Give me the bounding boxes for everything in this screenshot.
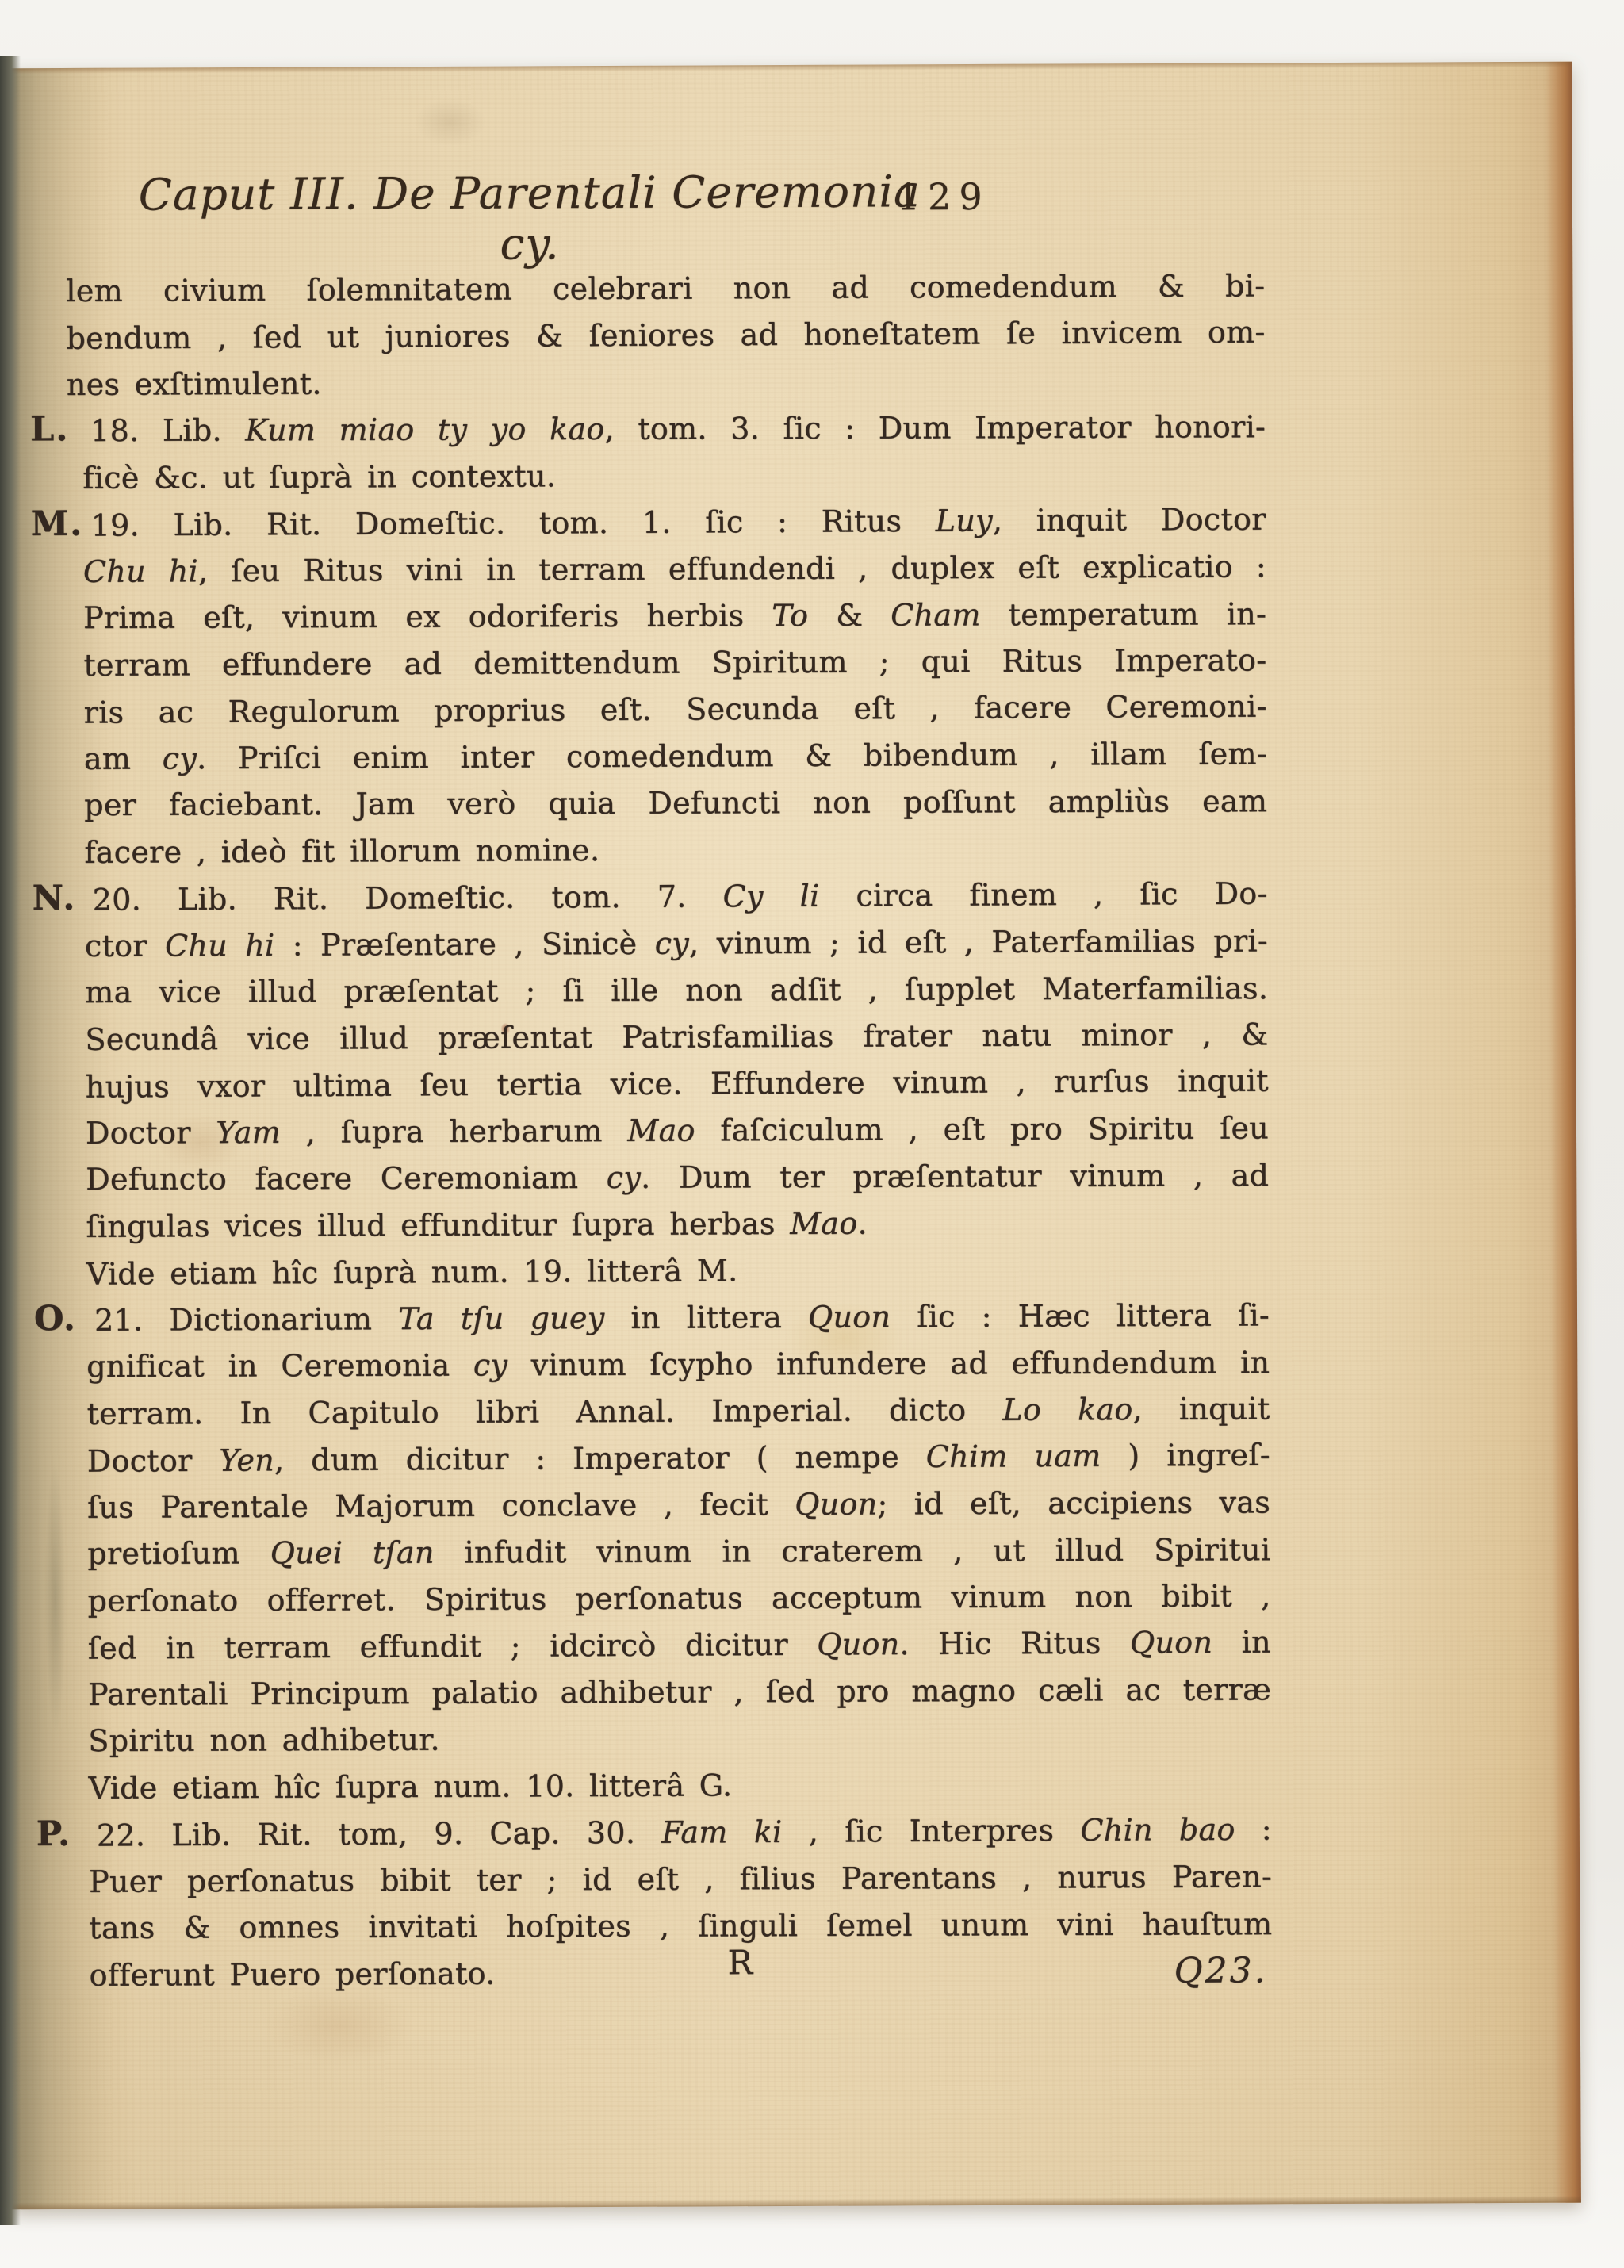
text-segment: , ſupra herbarum (281, 1113, 627, 1150)
text-segment: hujus vxor ultima ſeu tertia vice. Effun… (86, 1063, 1269, 1105)
italic-term: Luy (936, 503, 993, 538)
margin-letter: L. (30, 406, 69, 453)
text-segment: Defuncto facere Ceremoniam (86, 1160, 607, 1197)
text-segment: ſingulas vices illud effunditur ſupra he… (86, 1206, 790, 1244)
italic-term: Mao (790, 1206, 858, 1241)
text-segment: gnificat in Ceremonia (86, 1347, 473, 1384)
italic-term: cy (163, 741, 197, 776)
italic-term: Quei tſan (270, 1535, 435, 1571)
italic-term: Chim uam (926, 1439, 1101, 1474)
text-segment: ſus Parentale Majorum conclave , fecit (87, 1487, 795, 1525)
text-line: per faciebant. Jam verò quia Defuncti no… (68, 778, 1267, 829)
text-segment: : Præſentare , Sinicè (274, 926, 654, 963)
text-line: Chu hi, ſeu Ritus vini in terram effunde… (67, 543, 1266, 596)
text-segment: Parentali Principum palatio adhibetur , … (88, 1672, 1271, 1712)
body-text: lem civium ſolemnitatem celebrari non ad… (66, 262, 1273, 1999)
italic-term: Yen (219, 1442, 274, 1477)
paper-stain (414, 98, 485, 146)
text-line: offerunt Puero perſonato. (73, 1947, 1272, 1999)
text-segment: lem civium ſolemnitatem celebrari non ad… (66, 268, 1265, 308)
italic-term: Quon (795, 1487, 877, 1522)
text-segment: bendum , ſed ut juniores & ſeniores ad h… (66, 315, 1265, 356)
italic-term: Yam (216, 1115, 281, 1150)
text-segment: facere , ideò fit illorum nomine. (84, 833, 599, 870)
book-page: Caput III. De Parentali Ceremonia cy. 12… (2, 62, 1581, 2210)
text-line: L.18. Lib. Kum miao ty yo kao, tom. 3. ſ… (67, 404, 1266, 454)
text-line: Puer perſonatus bibit ter ; id eſt , fil… (73, 1853, 1272, 1906)
text-line: ſus Parentale Majorum conclave , fecit Q… (71, 1479, 1270, 1531)
text-segment: ; id eſt, accipiens vas (877, 1485, 1270, 1521)
text-line: Spiritu non adhibetur. (72, 1714, 1271, 1764)
italic-term: Chin bao (1080, 1812, 1235, 1848)
running-head-title: Caput III. De Parentali Ceremonia cy. (137, 166, 923, 270)
text-line: Defuncto facere Ceremoniam cy. Dum ter p… (70, 1152, 1269, 1203)
italic-term: Quon (808, 1299, 891, 1334)
text-line: M.19. Lib. Rit. Domeſtic. tom. 1. ſic : … (67, 496, 1266, 550)
italic-term: cy (655, 926, 690, 961)
text-segment: & (808, 598, 891, 633)
text-line: hujus vxor ultima ſeu tertia vice. Effun… (70, 1058, 1269, 1111)
italic-term: cy (607, 1160, 642, 1195)
margin-letter: P. (36, 1811, 72, 1858)
text-line: ris ac Regulorum proprius eſt. Secunda e… (68, 684, 1267, 737)
text-segment: offerunt Puero perſonato. (90, 1956, 496, 1993)
italic-term: Chu hi (165, 928, 275, 964)
italic-term: Cy li (722, 879, 819, 914)
text-line: ma vice illud præſentat ; ſi ille non ad… (69, 965, 1268, 1016)
margin-letter: M. (30, 501, 83, 548)
text-line: ficè &c. ut ſuprà in contextu. (67, 450, 1266, 502)
margin-letter: O. (34, 1296, 77, 1343)
page-top-edge (2, 62, 1572, 75)
italic-term: Fam ki (661, 1814, 783, 1850)
italic-term: Quon (817, 1626, 899, 1662)
text-segment: terram. In Capitulo libri Annal. Imperia… (86, 1393, 1002, 1431)
text-segment: in littera (604, 1300, 808, 1335)
page-right-deckle-edge (1545, 62, 1581, 2203)
text-segment: in (1212, 1625, 1271, 1660)
signature-mark: R (727, 1943, 753, 1982)
text-line: Parentali Principum palatio adhibetur , … (72, 1666, 1271, 1718)
text-line: gnificat in Ceremonia cy vinum ſcypho in… (71, 1339, 1270, 1390)
text-segment: Vide etiam hîc ſuprà num. 19. litterâ M. (86, 1253, 738, 1291)
text-segment: infudit vinum in craterem , ut illud Spi… (435, 1532, 1271, 1569)
text-segment: vinum ſcypho infundere ad effundendum in (507, 1345, 1270, 1382)
italic-term: To (772, 598, 808, 633)
text-line: terram. In Capitulo libri Annal. Imperia… (71, 1385, 1270, 1438)
italic-term: Chu hi (83, 554, 198, 589)
text-segment: . Dum ter præſentatur vinum , ad (641, 1158, 1269, 1195)
text-segment: Doctor (87, 1443, 220, 1479)
text-segment: tans & omnes invitati hoſpites , ſinguli… (89, 1906, 1272, 1945)
text-segment: , ſeu Ritus vini in terram effundendi , … (198, 549, 1266, 588)
text-line: ſingulas vices illud effunditur ſupra he… (70, 1198, 1269, 1251)
text-line: N.20. Lib. Rit. Domeſtic. tom. 7. Cy li … (69, 871, 1268, 924)
text-segment: ma vice illud præſentat ; ſi ille non ad… (85, 971, 1268, 1009)
text-line: nes exſtimulent. (67, 356, 1266, 408)
text-line: bendum , ſed ut juniores & ſeniores ad h… (66, 309, 1265, 362)
text-line: O.21. Dictionarium Ta tſu guey in litter… (71, 1292, 1270, 1344)
text-segment: , ſic Interpres (782, 1813, 1080, 1849)
italic-term: Cham (891, 597, 981, 632)
text-segment: , vinum ; id eſt , Paterfamilias pri- (689, 923, 1268, 960)
text-line: ctor Chu hi : Præſentare , Sinicè cy, vi… (69, 918, 1268, 970)
text-segment: ficè &c. ut ſuprà in contextu. (82, 458, 556, 496)
adjacent-page-edge (0, 56, 21, 2225)
text-segment: 21. Dictionarium (94, 1301, 398, 1338)
text-segment: Puer perſonatus bibit ter ; id eſt , fil… (89, 1859, 1272, 1899)
text-line: Vide etiam hîc ſuprà num. 19. litterâ M. (71, 1245, 1270, 1298)
text-segment: 20. Lib. Rit. Domeſtic. tom. 7. (93, 879, 723, 917)
text-line: am cy. Priſci enim inter comedendum & bi… (68, 730, 1267, 783)
italic-term: Ta tſu guey (398, 1301, 605, 1336)
text-segment: terram effundere ad demittendum Spiritum… (83, 642, 1266, 683)
text-segment: ) ingreſ- (1101, 1438, 1270, 1473)
text-segment: Prima eſt, vinum ex odoriferis herbis (83, 598, 772, 635)
text-line: lem civium ſolemnitatem celebrari non ad… (66, 262, 1265, 315)
text-segment: . Hic Ritus (899, 1626, 1130, 1662)
text-segment: 19. Lib. Rit. Domeſtic. tom. 1. ſic : Ri… (91, 504, 936, 543)
text-segment: ſic : Hæc littera ſi- (891, 1297, 1270, 1334)
text-segment: perſonato offerret. Spiritus perſonatus … (87, 1578, 1270, 1619)
text-segment: Secundâ vice illud præſentat Patrisfamil… (85, 1017, 1268, 1057)
text-segment: 18. Lib. (90, 412, 245, 448)
text-line: Doctor Yen, dum dicitur : Imperator ( ne… (71, 1432, 1270, 1485)
text-segment: : (1235, 1812, 1271, 1847)
text-line: ſed in terram effundit ; idcircò dicitur… (72, 1619, 1271, 1672)
text-line: Prima eſt, vinum ex odoriferis herbis To… (67, 591, 1266, 642)
text-segment: pretioſum (87, 1535, 270, 1571)
text-line: Doctor Yam , ſupra herbarum Mao faſcicul… (70, 1105, 1269, 1157)
page-number: 129 (897, 175, 990, 219)
text-segment: Spiritu non adhibetur. (88, 1722, 440, 1758)
text-segment: Doctor (86, 1115, 216, 1151)
scanned-page-image: Caput III. De Parentali Ceremonia cy. 12… (0, 0, 1624, 2268)
italic-term: Kum miao ty yo kao (245, 412, 604, 448)
text-line: Secundâ vice illud præſentat Patrisfamil… (69, 1011, 1268, 1063)
text-line: P.22. Lib. Rit. tom, 9. Cap. 30. Fam ki … (73, 1806, 1272, 1860)
italic-term: cy (473, 1347, 508, 1382)
text-segment: , inquit (1132, 1391, 1270, 1427)
text-segment: faſciculum , eſt pro Spiritu ſeu (695, 1110, 1270, 1147)
text-segment: am (84, 741, 163, 776)
text-segment: . Priſci enim inter comedendum & bibendu… (197, 736, 1267, 776)
text-segment: circa finem , ſic Do- (819, 876, 1267, 914)
text-segment: Vide etiam hîc ſupra num. 10. litterâ G. (88, 1768, 732, 1806)
catchword: Q23. (1174, 1950, 1267, 1991)
text-line: tans & omnes invitati hoſpites , ſinguli… (73, 1901, 1272, 1952)
text-segment: . (857, 1206, 868, 1241)
text-line: perſonato offerret. Spiritus perſonatus … (71, 1573, 1270, 1625)
margin-letter: N. (33, 875, 77, 922)
text-line: facere , ideò fit illorum nomine. (68, 824, 1267, 876)
text-segment: per faciebant. Jam verò quia Defuncti no… (84, 783, 1267, 822)
italic-term: Lo kao (1002, 1392, 1132, 1427)
text-segment: temperatum in- (981, 596, 1267, 632)
text-segment: ris ac Regulorum proprius eſt. Secunda e… (84, 689, 1267, 730)
italic-term: Mao (627, 1113, 695, 1148)
text-segment: ctor (85, 928, 165, 963)
text-line: terram effundere ad demittendum Spiritum… (67, 637, 1266, 689)
text-segment: , dum dicitur : Imperator ( nempe (274, 1439, 926, 1477)
text-segment: 22. Lib. Rit. tom, 9. Cap. 30. (97, 1815, 662, 1853)
italic-term: Quon (1130, 1625, 1212, 1661)
page-bottom-edge (11, 2196, 1581, 2210)
text-segment: , tom. 3. ſic : Dum Imperator honori- (604, 409, 1266, 446)
text-line: Vide etiam hîc ſupra num. 10. litterâ G. (72, 1760, 1271, 1812)
text-segment: nes exſtimulent. (67, 366, 322, 402)
text-segment: ſed in terram effundit ; idcircò dicitur (88, 1627, 818, 1666)
text-segment: , inquit Doctor (993, 502, 1266, 538)
text-line: pretioſum Quei tſan infudit vinum in cra… (71, 1527, 1270, 1577)
